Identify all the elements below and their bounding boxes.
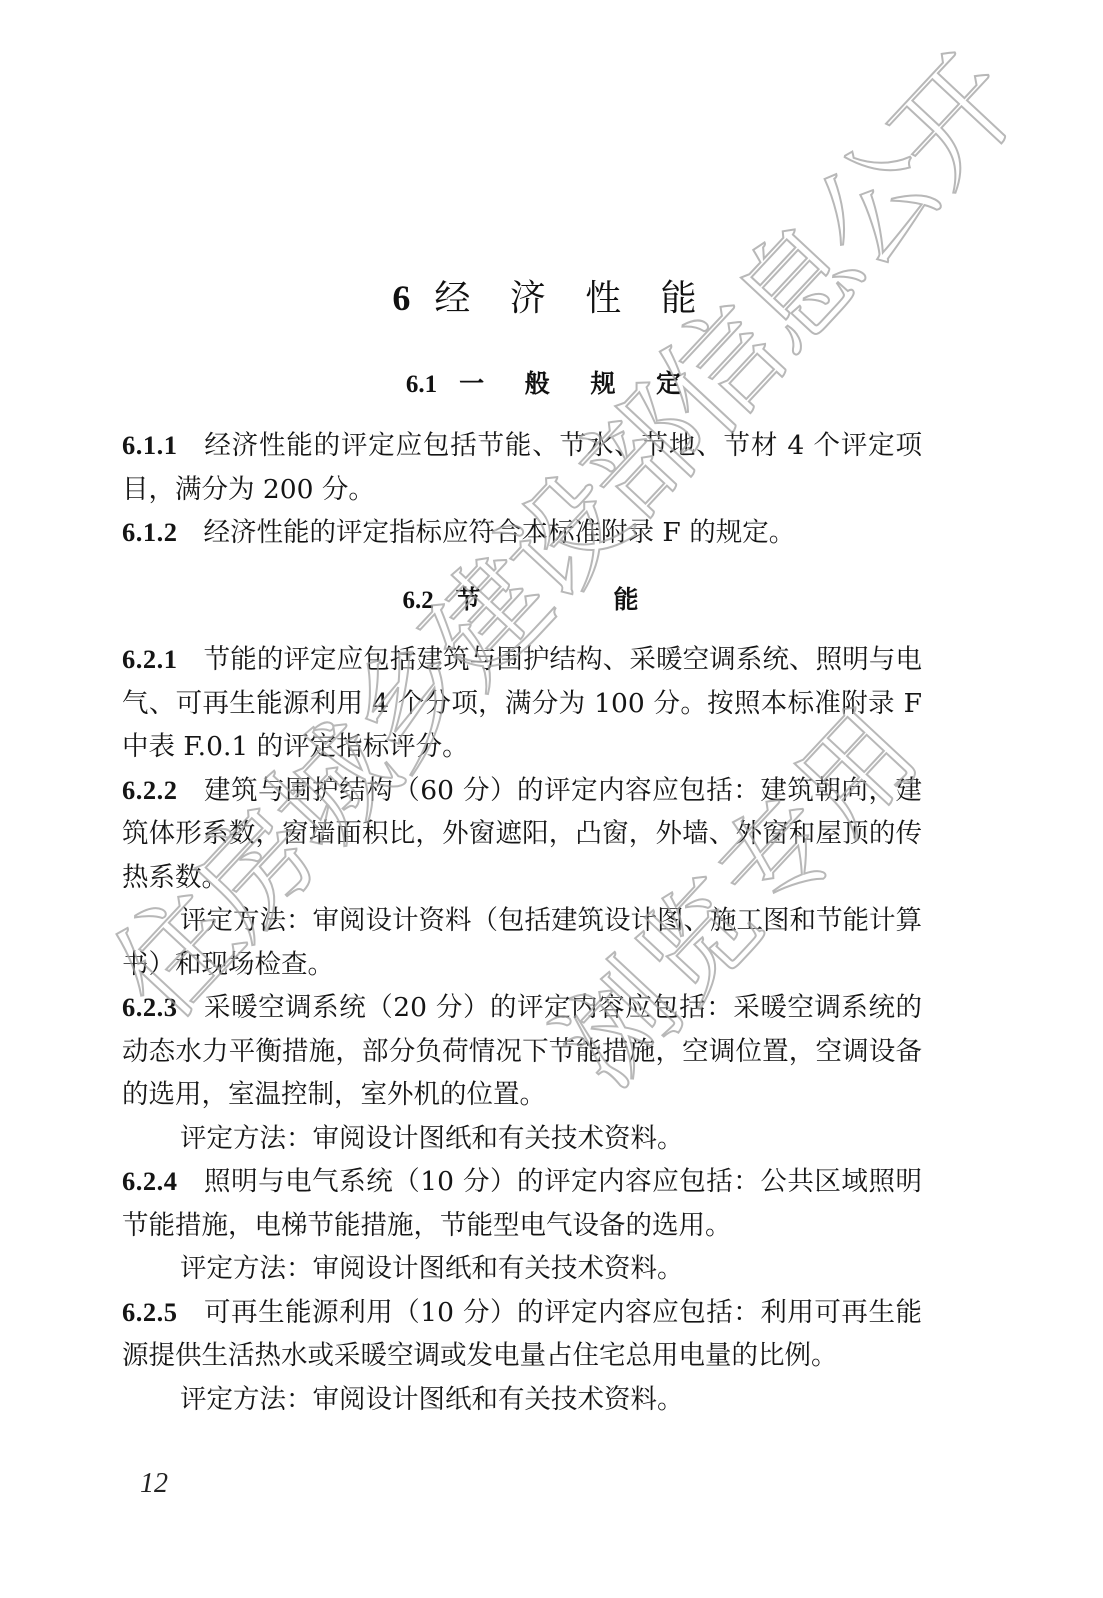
section-number: 6.2 <box>403 587 434 614</box>
document-page: 6经 济 性 能 6.1一 般 规 定 6.1.1经济性能的评定应包括节能、节水… <box>0 0 1103 1598</box>
clause-text: 可再生能源利用（10 分）的评定内容应包括：利用可再生能源提供生活热水或采暖空调… <box>122 1297 922 1372</box>
clause-6-1-1: 6.1.1经济性能的评定应包括节能、节水、节地、节材 4 个评定项目，满分为 2… <box>122 424 922 511</box>
evaluation-method: 评定方法：审阅设计图纸和有关技术资料。 <box>122 1378 922 1422</box>
clause-6-1-2: 6.1.2经济性能的评定指标应符合本标准附录 F 的规定。 <box>122 511 922 555</box>
clause-text: 照明与电气系统（10 分）的评定内容应包括：公共区域照明节能措施，电梯节能措施，… <box>122 1166 922 1241</box>
clause-text: 采暖空调系统（20 分）的评定内容应包括：采暖空调系统的动态水力平衡措施，部分负… <box>122 992 922 1110</box>
section-6-2-body: 6.2.1节能的评定应包括建筑与围护结构、采暖空调系统、照明与电气、可再生能源利… <box>122 638 922 1421</box>
clause-6-2-4: 6.2.4照明与电气系统（10 分）的评定内容应包括：公共区域照明节能措施，电梯… <box>122 1160 922 1247</box>
section-title-text: 一 般 规 定 <box>459 369 697 398</box>
clause-6-2-3: 6.2.3采暖空调系统（20 分）的评定内容应包括：采暖空调系统的动态水力平衡措… <box>122 986 922 1117</box>
evaluation-method: 评定方法：审阅设计资料（包括建筑设计图、施工图和节能计算书）和现场检查。 <box>122 899 922 986</box>
clause-text: 节能的评定应包括建筑与围护结构、采暖空调系统、照明与电气、可再生能源利用 4 个… <box>122 644 922 762</box>
clause-text: 经济性能的评定指标应符合本标准附录 F 的规定。 <box>204 517 796 548</box>
page-number: 12 <box>140 1468 168 1500</box>
clause-number: 6.2.4 <box>122 1166 178 1196</box>
section-number: 6.1 <box>406 371 437 398</box>
section-title-text: 节 能 <box>456 585 701 614</box>
clause-number: 6.1.1 <box>122 430 178 460</box>
clause-6-2-1: 6.2.1节能的评定应包括建筑与围护结构、采暖空调系统、照明与电气、可再生能源利… <box>122 638 922 769</box>
section-6-1-body: 6.1.1经济性能的评定应包括节能、节水、节地、节材 4 个评定项目，满分为 2… <box>122 424 922 555</box>
clause-number: 6.2.5 <box>122 1297 178 1327</box>
chapter-title-text: 经 济 性 能 <box>434 278 710 319</box>
chapter-title: 6经 济 性 能 <box>0 270 1103 321</box>
clause-text: 经济性能的评定应包括节能、节水、节地、节材 4 个评定项目，满分为 200 分。 <box>122 430 922 505</box>
clause-number: 6.2.3 <box>122 992 178 1022</box>
clause-text: 建筑与围护结构（60 分）的评定内容应包括：建筑朝向，建筑体形系数，窗墙面积比，… <box>122 775 922 893</box>
clause-6-2-2: 6.2.2建筑与围护结构（60 分）的评定内容应包括：建筑朝向，建筑体形系数，窗… <box>122 769 922 900</box>
section-title-6-2: 6.2节 能 <box>0 580 1103 616</box>
clause-6-2-5: 6.2.5可再生能源利用（10 分）的评定内容应包括：利用可再生能源提供生活热水… <box>122 1291 922 1378</box>
chapter-number: 6 <box>392 278 410 318</box>
clause-number: 6.1.2 <box>122 517 178 547</box>
section-title-6-1: 6.1一 般 规 定 <box>0 364 1103 400</box>
clause-number: 6.2.2 <box>122 775 178 805</box>
clause-number: 6.2.1 <box>122 644 178 674</box>
evaluation-method: 评定方法：审阅设计图纸和有关技术资料。 <box>122 1117 922 1161</box>
evaluation-method: 评定方法：审阅设计图纸和有关技术资料。 <box>122 1247 922 1291</box>
